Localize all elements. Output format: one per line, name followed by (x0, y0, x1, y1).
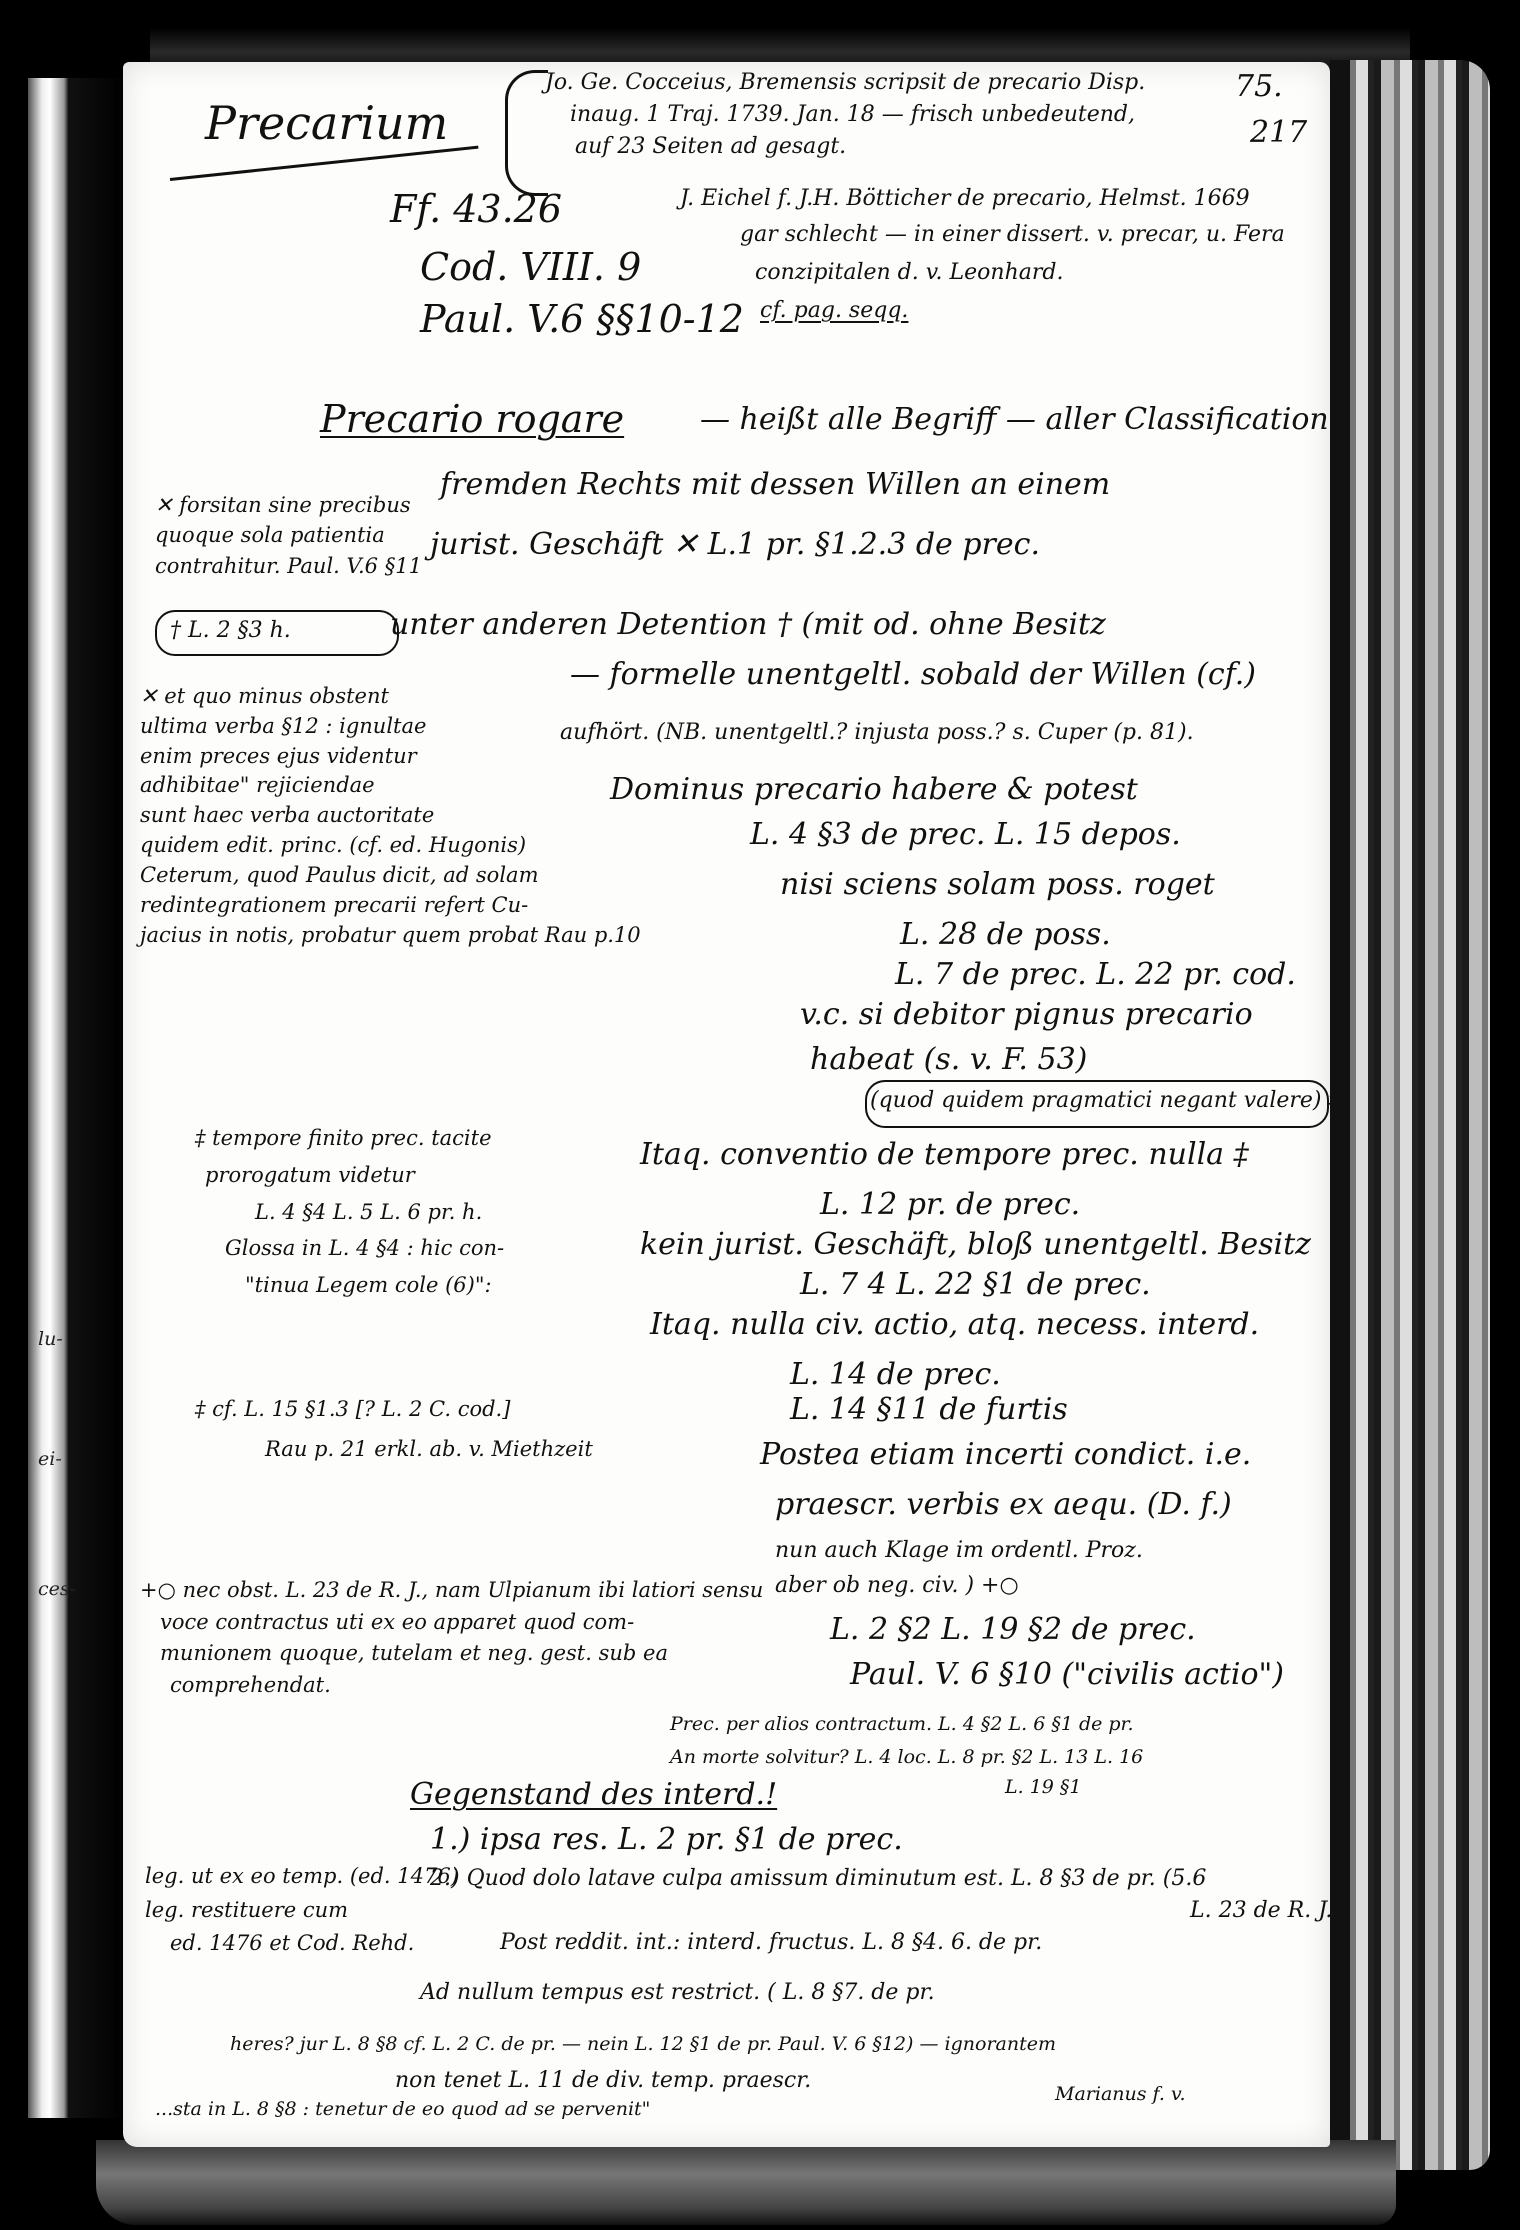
bibliography-line: conzipitalen d. v. Leonhard. (755, 262, 1063, 284)
main-line: L. 4 §3 de prec. L. 15 depos. (750, 820, 1181, 850)
margin-note-line: ‡ cf. L. 15 §1.3 [? L. 2 C. cod.] (195, 1390, 593, 1430)
main-line: L. 7 de prec. L. 22 pr. cod. (895, 960, 1296, 990)
bibliography-line: J. Eichel f. J.H. Bötticher de precario,… (680, 188, 1250, 210)
main-line: praescr. verbis ex aequ. (D. f.) (775, 1490, 1232, 1520)
margin-note-line: munionem quoque, tutelam et neg. gest. s… (140, 1638, 763, 1670)
margin-note-line: ✕ et quo minus obstent (140, 682, 641, 712)
main-line: L. 23 de R. J. (1190, 1900, 1332, 1922)
main-line: heres? jur L. 8 §8 cf. L. 2 C. de pr. — … (230, 2035, 1056, 2054)
main-line: — heißt alle Begriff — aller Classificat… (700, 405, 1329, 435)
margin-note-line: voce contractus uti ex eo apparet quod c… (140, 1607, 763, 1639)
main-line: L. 2 §2 L. 19 §2 de prec. (830, 1615, 1196, 1645)
margin-note-line: redintegrationem precarii refert Cu- (140, 891, 641, 921)
reference-digest: Ff. 43.26 (390, 190, 562, 228)
reference-codex: Cod. VIII. 9 (420, 248, 641, 286)
margin-note-leg: leg. ut ex eo temp. (ed. 1476) leg. rest… (145, 1860, 459, 1961)
margin-note-line: sunt haec verba auctoritate (140, 801, 641, 831)
main-line: L. 19 §1 (1005, 1778, 1082, 1797)
main-line: L. 14 §11 de furtis (790, 1395, 1068, 1425)
main-line: v.c. si debitor pignus precario (800, 1000, 1253, 1030)
main-line: unter anderen Detention † (mit od. ohne … (390, 610, 1106, 640)
bibliography-line: auf 23 Seiten ad gesagt. (575, 136, 846, 158)
section-heading: Precario rogare (320, 400, 624, 438)
margin-note-line: Rau p. 21 erkl. ab. v. Miethzeit (195, 1430, 593, 1470)
main-line: Paul. V. 6 §10 ("civilis actio") (850, 1660, 1284, 1690)
folio-number-secondary: 217 (1250, 118, 1307, 148)
margin-note-line: quoque sola patientia (155, 520, 422, 550)
main-line: 2.) Quod dolo latave culpa amissum dimin… (430, 1868, 1206, 1890)
left-page-strip (28, 78, 68, 2118)
margin-note-line: leg. ut ex eo temp. (ed. 1476) (145, 1860, 459, 1894)
margin-note-cf: ‡ cf. L. 15 §1.3 [? L. 2 C. cod.] Rau p.… (195, 1390, 593, 1470)
margin-note-line: +○ nec obst. L. 23 de R. J., nam Ulpianu… (140, 1575, 763, 1607)
margin-note-line: ‡ tempore finito prec. tacite (195, 1120, 504, 1157)
main-line: L. 7 4 L. 22 §1 de prec. (800, 1270, 1151, 1300)
main-line: jurist. Geschäft ✕ L.1 pr. §1.2.3 de pre… (430, 530, 1040, 560)
main-line: Ad nullum tempus est restrict. ( L. 8 §7… (420, 1982, 935, 2004)
margin-note-line: prorogatum videtur (195, 1157, 504, 1194)
main-line: Gegenstand des interd.! (410, 1780, 777, 1810)
margin-note-line: ultima verba §12 : ignultae (140, 712, 641, 742)
main-line: 1.) ipsa res. L. 2 pr. §1 de prec. (430, 1825, 903, 1855)
main-line: Postea etiam incerti condict. i.e. (760, 1440, 1251, 1470)
main-line: aufhört. (NB. unentgeltl.? injusta poss.… (560, 722, 1194, 744)
page-title: Precarium (205, 100, 448, 146)
margin-note-line: jacius in notis, probatur quem probat Ra… (140, 921, 641, 951)
main-line: L. 14 de prec. (790, 1360, 1001, 1390)
strip-fragment: ei- (38, 1450, 62, 1469)
bibliography-line: Jo. Ge. Cocceius, Bremensis scripsit de … (545, 72, 1145, 94)
book-fore-edge (1330, 60, 1490, 2170)
bibliography-line: cf. pag. seqq. (760, 300, 908, 322)
page-edge-shadow (1330, 60, 1350, 2170)
folio-number: 75. (1235, 72, 1283, 102)
margin-note-line: L. 4 §4 L. 5 L. 6 pr. h. (195, 1194, 504, 1231)
margin-note-dagger: † L. 2 §3 h. (170, 620, 291, 642)
strip-fragment: ces- (38, 1580, 76, 1599)
main-line: kein jurist. Geschäft, bloß unentgeltl. … (640, 1230, 1311, 1260)
main-line: habeat (s. v. F. 53) (810, 1045, 1087, 1075)
margin-note-bottom: ...sta in L. 8 §8 : tenetur de eo quod a… (155, 2100, 650, 2119)
main-line: aber ob neg. civ. ) +○ (775, 1575, 1019, 1597)
main-line: fremden Rechts mit dessen Willen an eine… (440, 470, 1110, 500)
bibliography-line: gar schlecht — in einer dissert. v. prec… (740, 224, 1285, 246)
margin-note-line: "tinua Legem cole (6)": (195, 1267, 504, 1304)
main-line: An morte solvitur? L. 4 loc. L. 8 pr. §2… (670, 1748, 1143, 1767)
margin-note-line: adhibitae" rejiciendae (140, 771, 641, 801)
margin-note-line: Ceterum, quod Paulus dicit, ad solam (140, 861, 641, 891)
main-line: L. 28 de poss. (900, 920, 1111, 950)
gutter-shadow (68, 78, 124, 2118)
main-line: Marianus f. v. (1055, 2085, 1186, 2104)
main-line: Itaq. nulla civ. actio, atq. necess. int… (650, 1310, 1259, 1340)
main-line: nisi sciens solam poss. roget (780, 870, 1215, 900)
note-box (865, 1080, 1329, 1128)
main-line: Dominus precario habere & potest (610, 775, 1138, 805)
margin-note-tempore: ‡ tempore finito prec. tacite prorogatum… (195, 1120, 504, 1304)
main-line: L. 12 pr. de prec. (820, 1190, 1080, 1220)
main-line: non tenet L. 11 de div. temp. praescr. (395, 2070, 811, 2092)
main-line: Prec. per alios contractum. L. 4 §2 L. 6… (670, 1715, 1134, 1734)
margin-note-line: Glossa in L. 4 §4 : hic con- (195, 1230, 504, 1267)
reference-paul: Paul. V.6 §§10-12 (420, 300, 744, 338)
main-line: Post reddit. int.: interd. fructus. L. 8… (500, 1932, 1042, 1954)
bibliography-line: inaug. 1 Traj. 1739. Jan. 18 — frisch un… (570, 104, 1135, 126)
margin-note-line: enim preces ejus videntur (140, 742, 641, 772)
strip-fragment: lu- (38, 1330, 63, 1349)
main-line: — formelle unentgeltl. sobald der Willen… (570, 660, 1256, 690)
margin-note-line: ed. 1476 et Cod. Rehd. (145, 1927, 459, 1961)
margin-note-line: comprehendat. (140, 1670, 763, 1702)
margin-note-line: contrahitur. Paul. V.6 §11 (155, 551, 422, 581)
margin-note-line: leg. restituere cum (145, 1894, 459, 1928)
main-line: nun auch Klage im ordentl. Proz. (775, 1540, 1143, 1562)
margin-note-nec: +○ nec obst. L. 23 de R. J., nam Ulpianu… (140, 1575, 763, 1701)
main-line: Itaq. conventio de tempore prec. nulla ‡ (640, 1140, 1249, 1170)
margin-note-line: ✕ forsitan sine precibus (155, 490, 422, 520)
header-bracket (505, 70, 548, 196)
book-bottom-edge (96, 2140, 1396, 2225)
margin-note-x: ✕ forsitan sine precibus quoque sola pat… (155, 490, 422, 581)
margin-note-quo-minus: ✕ et quo minus obstent ultima verba §12 … (140, 682, 641, 950)
margin-note-line: quidem edit. princ. (cf. ed. Hugonis) (140, 831, 641, 861)
manuscript-scan: lu- ei- ces- Precarium 75. 217 Ff. 43.26… (0, 0, 1520, 2230)
